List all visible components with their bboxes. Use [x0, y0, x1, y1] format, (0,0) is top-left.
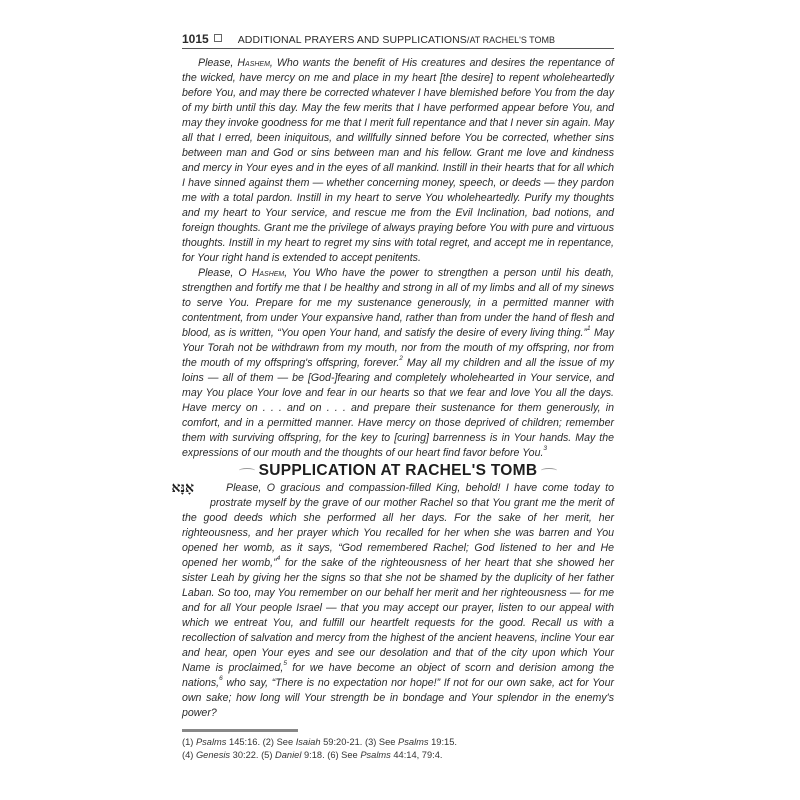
footnote-line-2: (4) Genesis 30:22. (5) Daniel 9:18. (6) … — [182, 749, 614, 762]
paragraph-text: for the sake of the righteousness of her… — [182, 557, 614, 674]
running-head: 1015 ADDITIONAL PRAYERS AND SUPPLICATION… — [182, 32, 614, 49]
box-ornament-icon — [214, 34, 222, 42]
paragraph-lead: Please, O — [198, 267, 252, 279]
paragraph-text: Please, O gracious and compassion-filled… — [182, 482, 614, 569]
paragraph-lead: Please, — [198, 57, 237, 69]
paragraph-2: Please, O Hashem, You Who have the power… — [182, 266, 614, 461]
footnote-ref-text: 19:15. — [429, 737, 457, 747]
footnote-book: Psalms — [196, 737, 226, 747]
footnote-book: Isaiah — [296, 737, 321, 747]
footnote-ref[interactable]: 4 — [277, 555, 281, 562]
divine-name: Hashem — [237, 57, 270, 69]
book-page: 1015 ADDITIONAL PRAYERS AND SUPPLICATION… — [182, 32, 614, 761]
footnote-book: Psalms — [360, 750, 390, 760]
supplication-paragraph: אָנָּאPlease, O gracious and compassion-… — [182, 481, 614, 721]
footnote-ref-text: 145:16. — [226, 737, 262, 747]
running-head-subtitle: AT RACHEL'S TOMB — [469, 35, 555, 45]
running-head-title: ADDITIONAL PRAYERS AND SUPPLICATIONS — [238, 34, 467, 46]
footnote-ref-text: 30:22. — [230, 750, 261, 760]
footnote-ref[interactable]: 2 — [399, 355, 403, 362]
footnote-num: (1) — [182, 737, 196, 747]
divine-name: Hashem — [252, 267, 285, 279]
footnote-num: (4) — [182, 750, 196, 760]
section-heading-text: SUPPLICATION AT RACHEL'S TOMB — [259, 462, 538, 479]
page-number: 1015 — [182, 32, 209, 46]
footnote-ref-text: 59:20-21. — [321, 737, 365, 747]
footnote-ref-text: 9:18. — [301, 750, 327, 760]
paragraph-text: who say, “There is no expectation nor ho… — [182, 677, 614, 719]
footnote-divider — [182, 729, 298, 732]
footnote-ref[interactable]: 5 — [283, 660, 287, 667]
footnote-book: Daniel — [275, 750, 301, 760]
hebrew-initial-word: אָנָּא — [182, 481, 210, 511]
footnote-ref[interactable]: 1 — [587, 325, 591, 332]
flourish-right-icon — [541, 468, 557, 473]
footnote-num: (2) See — [263, 737, 296, 747]
footnote-book: Genesis — [196, 750, 230, 760]
body-text: Please, Hashem, Who wants the benefit of… — [182, 56, 614, 721]
footnote-num: (6) See — [327, 750, 360, 760]
footnote-book: Psalms — [398, 737, 428, 747]
paragraph-text: May all my children and all the issue of… — [182, 357, 614, 459]
footnote-num: (5) — [261, 750, 275, 760]
section-heading: SUPPLICATION AT RACHEL'S TOMB — [182, 462, 614, 479]
footnote-ref[interactable]: 3 — [543, 445, 547, 452]
flourish-left-icon — [239, 468, 255, 473]
footnote-line-1: (1) Psalms 145:16. (2) See Isaiah 59:20-… — [182, 736, 614, 749]
footnote-ref-text: 44:14, 79:4. — [391, 750, 443, 760]
footnote-ref[interactable]: 6 — [219, 675, 223, 682]
footnotes: (1) Psalms 145:16. (2) See Isaiah 59:20-… — [182, 736, 614, 761]
footnote-num: (3) See — [365, 737, 398, 747]
paragraph-text: , Who wants the benefit of His creatures… — [182, 57, 614, 264]
paragraph-1: Please, Hashem, Who wants the benefit of… — [182, 56, 614, 266]
